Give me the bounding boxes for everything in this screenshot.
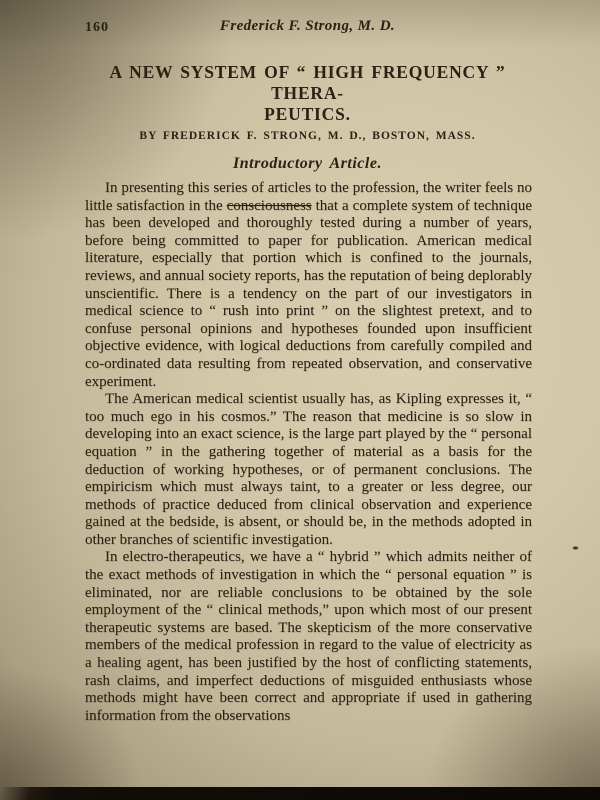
body-text: In presenting this series of articles to… (85, 180, 532, 725)
ink-speck (572, 546, 579, 550)
book-page: 160 Frederick F. Strong, M. D. A NEW SYS… (0, 0, 600, 800)
struck-word: consciousness (227, 198, 312, 214)
running-head: 160 Frederick F. Strong, M. D. (85, 18, 530, 38)
running-header: Frederick F. Strong, M. D. (85, 18, 530, 35)
page-number: 160 (85, 20, 109, 36)
paragraph-2: The American medical scientist usually h… (85, 391, 532, 549)
article-title-line-2: PEUTICS. (85, 104, 530, 125)
book-photo: 160 Frederick F. Strong, M. D. A NEW SYS… (0, 0, 600, 800)
section-heading: Introductory Article. (85, 155, 530, 173)
paragraph-1: In presenting this series of articles to… (85, 180, 532, 391)
paragraph-3: In electro-therapeutics, we have a “ hyb… (85, 549, 532, 725)
article-title-line-1: A NEW SYSTEM OF “ HIGH FREQUENCY ” THERA… (85, 62, 530, 104)
photo-bottom-edge (0, 787, 600, 800)
byline: BY FREDERICK F. STRONG, M. D., BOSTON, M… (85, 130, 530, 142)
article-title: A NEW SYSTEM OF “ HIGH FREQUENCY ” THERA… (85, 62, 530, 125)
paragraph-1-after-strike: that a complete system of technique has … (85, 198, 532, 390)
